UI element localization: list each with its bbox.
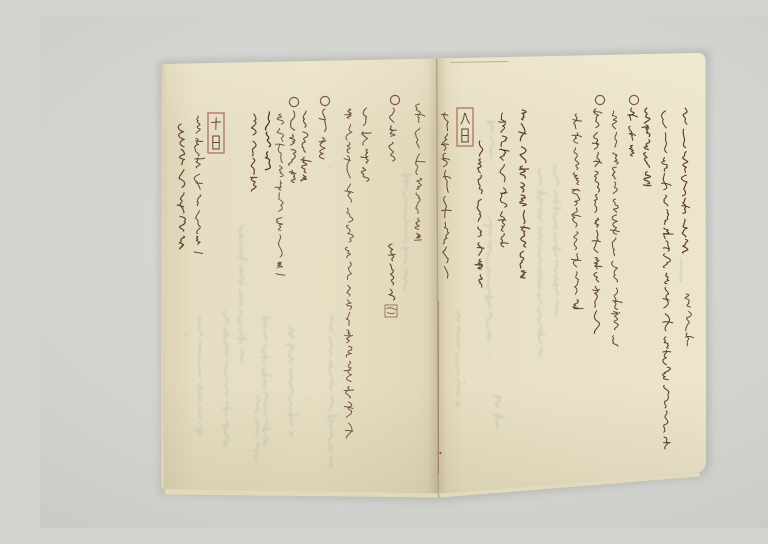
left-page-shading	[164, 59, 438, 494]
paper-speck	[464, 382, 466, 384]
left-page-paper	[164, 59, 438, 494]
paper-speck	[329, 166, 331, 168]
paper-speck	[310, 399, 312, 401]
paper-speck	[185, 333, 187, 335]
paper-speck	[380, 344, 382, 346]
ink-dot	[439, 452, 441, 454]
book-photo	[40, 16, 768, 528]
manuscript-photo: Photograph of an open stitched-bound Jap…	[40, 16, 768, 528]
paper-speck	[482, 384, 484, 386]
paper-speck	[283, 254, 285, 256]
paper-speck	[489, 356, 491, 358]
paper-speck	[412, 383, 414, 385]
paper-speck	[328, 365, 330, 367]
seam-shadow-left	[427, 59, 437, 493]
paper-speck	[175, 405, 176, 406]
